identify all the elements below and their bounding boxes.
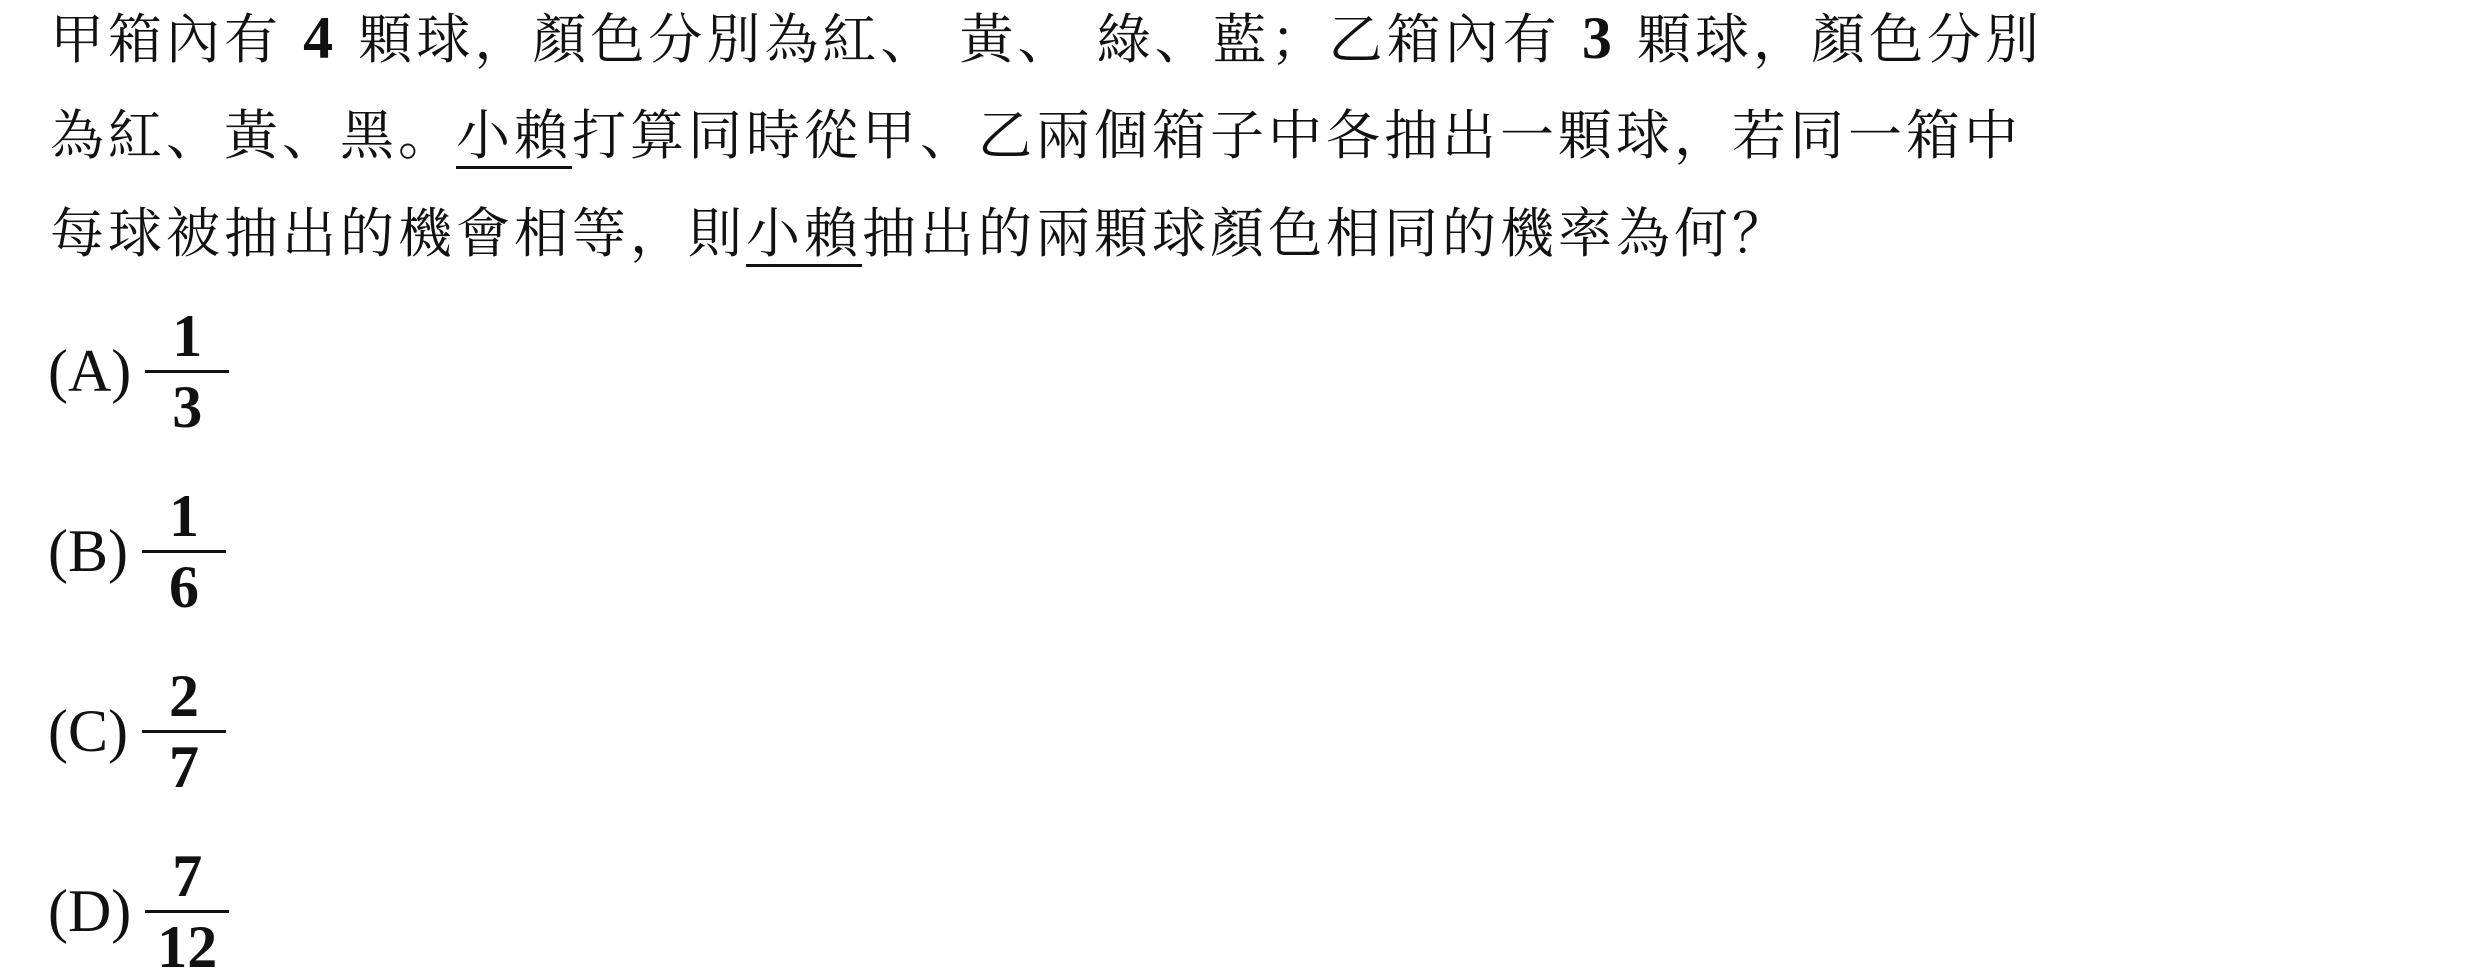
text: 顆球，顏色分別 — [1616, 8, 2043, 71]
text: 甲箱內有 — [50, 8, 303, 71]
fraction: 1 3 — [145, 306, 229, 437]
option-label: (B) — [48, 517, 128, 586]
option-label: (A) — [48, 337, 131, 406]
option-label: (D) — [48, 877, 131, 946]
denominator: 7 — [169, 737, 199, 797]
fraction-bar — [142, 730, 226, 733]
text: 每球被抽出的機會相等，則 — [50, 202, 746, 265]
numerator: 7 — [172, 846, 202, 906]
denominator: 12 — [157, 917, 217, 976]
fraction: 1 6 — [142, 486, 226, 617]
fraction-bar — [142, 550, 226, 553]
count-box-b: 3 — [1582, 5, 1616, 71]
numerator: 2 — [169, 666, 199, 726]
option-d[interactable]: (D) 7 12 — [48, 846, 229, 976]
fraction: 2 7 — [142, 666, 226, 797]
option-label: (C) — [48, 697, 128, 766]
question-line-2: 為紅、黃、黑。小賴打算同時從甲、乙兩個箱子中各抽出一顆球，若同一箱中 — [50, 106, 2022, 166]
person-name: 小賴 — [746, 202, 862, 265]
text: 顆球，顏色分別為紅、 黃、 綠、藍；乙箱內有 — [337, 8, 1582, 71]
option-c[interactable]: (C) 2 7 — [48, 666, 226, 797]
text: 為紅、黃、黑。 — [50, 104, 456, 167]
fraction: 7 12 — [145, 846, 229, 976]
numerator: 1 — [169, 486, 199, 546]
person-name: 小賴 — [456, 104, 572, 167]
text: 打算同時從甲、乙兩個箱子中各抽出一顆球，若同一箱中 — [572, 104, 2022, 167]
fraction-bar — [145, 370, 229, 373]
numerator: 1 — [172, 306, 202, 366]
denominator: 3 — [172, 377, 202, 437]
fraction-bar — [145, 910, 229, 913]
option-b[interactable]: (B) 1 6 — [48, 486, 226, 617]
text: 抽出的兩顆球顏色相同的機率為何？ — [862, 202, 1790, 265]
question-line-1: 甲箱內有 4 顆球，顏色分別為紅、 黃、 綠、藍；乙箱內有 3 顆球，顏色分別 — [50, 8, 2043, 70]
denominator: 6 — [169, 557, 199, 617]
count-box-a: 4 — [303, 5, 337, 71]
question-line-3: 每球被抽出的機會相等，則小賴抽出的兩顆球顏色相同的機率為何？ — [50, 204, 1790, 264]
option-a[interactable]: (A) 1 3 — [48, 306, 229, 437]
